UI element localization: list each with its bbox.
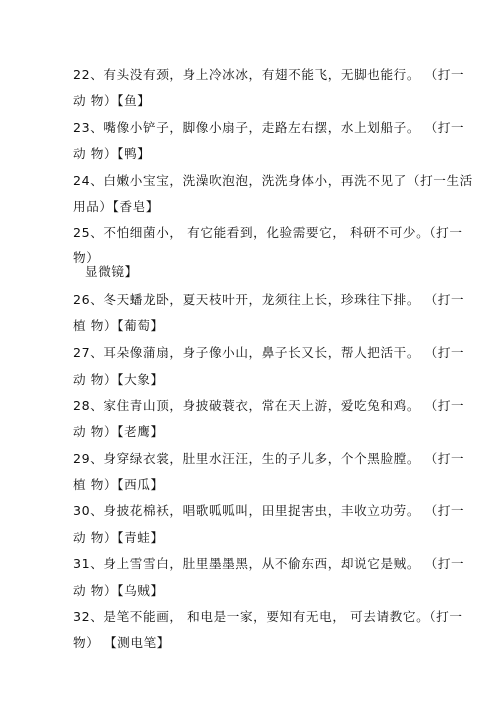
riddle-23-question: 23、嘴像小铲子，脚像小扇子，走路左右摆，水上划船子。 （打一 [73,120,464,136]
riddle-23-answer: 动 物）【鸭】 [73,146,150,162]
riddle-30-question: 30、身披花棉袄，唱歌呱呱叫，田里捉害虫，丰收立功劳。 （打一 [73,503,464,519]
riddle-31-answer: 动 物）【乌贼】 [73,583,164,599]
riddle-29-question: 29、身穿绿衣裳，肚里水汪汪，生的子儿多，个个黑脸膛。 （打一 [73,451,464,467]
riddle-29-answer: 植 物）【西瓜】 [73,477,164,493]
riddle-32-question: 32、是笔不能画， 和电是一家，要知有无电， 可去请教它。（打一 [73,609,463,625]
riddle-27-question: 27、耳朵像蒲扇，身子像小山，鼻子长又长，帮人把活干。 （打一 [73,345,464,361]
riddle-32-answer: 物） 【测电笔】 [73,635,170,651]
riddle-28-question: 28、家住青山顶，身披破蓑衣，常在天上游，爱吃兔和鸡。 （打一 [73,398,464,414]
riddle-22-question: 22、有头没有颈，身上冷冰冰，有翅不能飞，无脚也能行。 （打一 [73,67,464,83]
riddle-27-answer: 动 物）【大象】 [73,372,164,388]
riddle-26-question: 26、冬天蟠龙卧，夏天枝叶开，龙须往上长，珍珠往下排。 （打一 [73,292,464,308]
riddle-25-answer: 显微镜】 [85,264,138,280]
riddle-30-answer: 动 物）【青蛙】 [73,530,164,546]
riddle-26-answer: 植 物）【葡萄】 [73,318,164,334]
riddle-24-question: 24、白嫩小宝宝，洗澡吹泡泡，洗洗身体小，再洗不见了（打一生活 [73,173,473,189]
riddle-28-answer: 动 物）【老鹰】 [73,424,164,440]
riddle-25-question: 25、不怕细菌小， 有它能看到，化验需要它， 科研不可少。（打一 [73,225,463,241]
riddle-22-answer: 动 物）【鱼】 [73,93,150,109]
riddle-31-question: 31、身上雪雪白，肚里墨墨黑，从不偷东西，却说它是贼。 （打一 [73,556,464,572]
riddle-24-answer: 用品）【香皂】 [73,199,159,215]
document-page: 22、有头没有颈，身上冷冰冰，有翅不能飞，无脚也能行。 （打一 动 物）【鱼】 … [0,0,500,708]
